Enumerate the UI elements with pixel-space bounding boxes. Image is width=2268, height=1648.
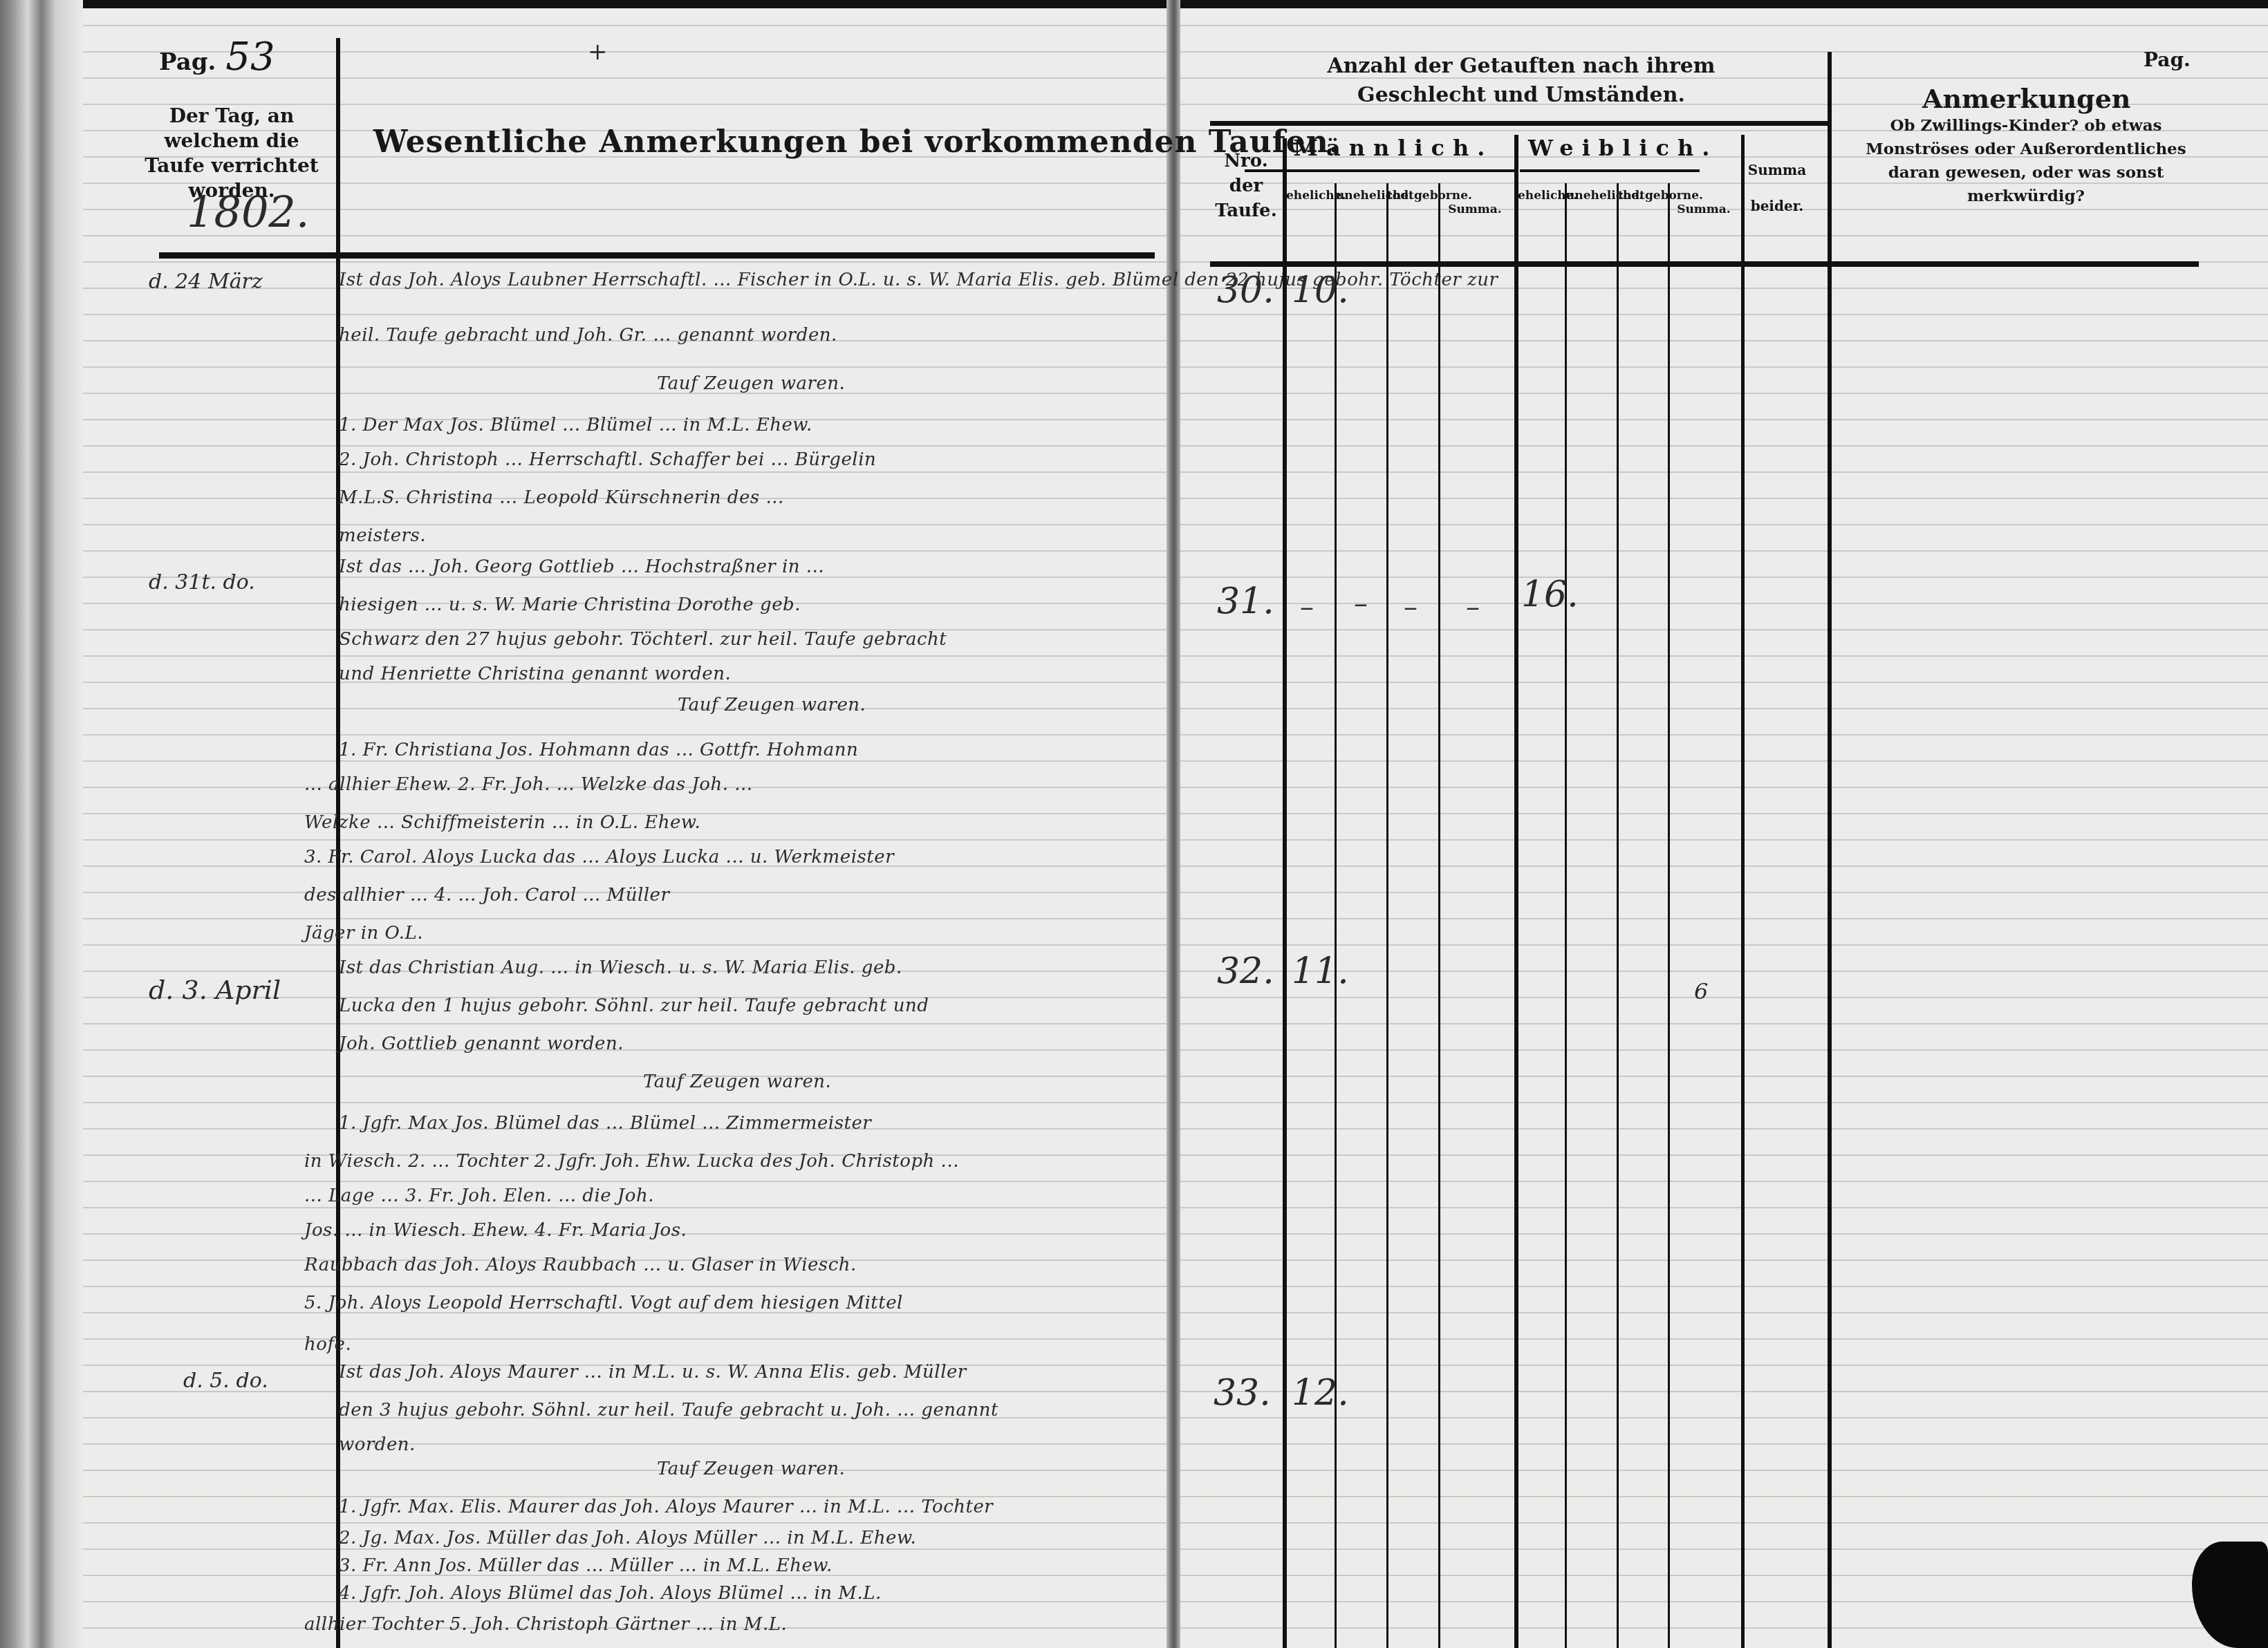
entry-text-line: des allhier ... 4. ... Joh. Carol ... Mü… bbox=[304, 885, 669, 906]
count-header-rule bbox=[1210, 121, 1829, 126]
right-page-label: Pag. bbox=[2144, 48, 2191, 71]
entry-date: d. 5. do. bbox=[183, 1369, 268, 1393]
nro-divider bbox=[1283, 138, 1287, 1648]
page-label: Pag. bbox=[159, 48, 216, 76]
column-divider bbox=[1386, 183, 1388, 1648]
male-header: Männlich. bbox=[1290, 135, 1497, 161]
remarks-subtitle: Ob Zwillings-Kinder? ob etwas Monströses… bbox=[1863, 114, 2188, 208]
female-stillborn-header: todtgeborne. bbox=[1618, 187, 1668, 205]
entry-date: d. 3. April bbox=[149, 975, 281, 1005]
male-sum-header: Summa. bbox=[1438, 200, 1512, 218]
main-column-header: Wesentliche Anmerkungen bei vorkommenden… bbox=[373, 124, 1340, 160]
sum-both-divider bbox=[1741, 135, 1745, 1648]
nro-header: Nro. der Taufe. bbox=[1211, 149, 1281, 223]
entry-text-line: und Henriette Christina genannt worden. bbox=[339, 664, 731, 684]
entry-text-line: Ist das Christian Aug. ... in Wiesch. u.… bbox=[339, 957, 902, 978]
male-legitimate-count: 12. bbox=[1292, 1372, 1349, 1414]
entry-text-line: heil. Taufe gebracht und Joh. Gr. ... ge… bbox=[339, 325, 837, 346]
right-header-rule bbox=[1210, 261, 2199, 267]
entry-text-line: Jäger in O.L. bbox=[304, 923, 423, 944]
column-divider bbox=[1668, 183, 1670, 1648]
witnesses-heading: Tauf Zeugen waren. bbox=[643, 1071, 831, 1092]
baptism-number: 31. bbox=[1217, 581, 1274, 622]
male-legitimate-count: – bbox=[1300, 591, 1314, 623]
column-divider bbox=[1617, 183, 1619, 1648]
entry-text-line: den 3 hujus gebohr. Söhnl. zur heil. Tau… bbox=[339, 1400, 998, 1421]
female-header-rule bbox=[1520, 169, 1700, 172]
entry-text-line: 1. Jgfr. Max. Elis. Maurer das Joh. Aloy… bbox=[339, 1497, 993, 1517]
column-divider bbox=[1335, 183, 1337, 1648]
register-year: 1802. bbox=[187, 187, 310, 237]
entry-text-line: hofe. bbox=[304, 1334, 351, 1355]
male-legitimate-count: 10. bbox=[1292, 270, 1349, 311]
entry-text-line: Lucka den 1 hujus gebohr. Söhnl. zur hei… bbox=[339, 995, 929, 1016]
entry-text-line: 5. Joh. Aloys Leopold Herrschaftl. Vogt … bbox=[304, 1293, 903, 1313]
baptism-number: 33. bbox=[1214, 1372, 1271, 1414]
female-illegitimate-header: uneheliche. bbox=[1566, 187, 1616, 205]
column-divider bbox=[1438, 183, 1440, 1648]
entry-text-line: Ist das Joh. Aloys Maurer ... in M.L. u.… bbox=[339, 1362, 967, 1383]
male-legitimate-header: eheliche. bbox=[1286, 187, 1335, 205]
top-mark: + bbox=[588, 38, 608, 66]
male-legitimate-count: 11. bbox=[1292, 951, 1349, 992]
left-header-rule bbox=[159, 252, 1155, 259]
entry-text-line: ... Lage ... 3. Fr. Joh. Elen. ... die J… bbox=[304, 1186, 654, 1206]
female-sum-header: Summa. bbox=[1669, 200, 1738, 218]
sum-both-header: Summa beider. bbox=[1742, 152, 1812, 224]
entry-date: d. 24 März bbox=[149, 270, 263, 294]
register-spread: Pag.53 + Der Tag, an welchem die Taufe v… bbox=[0, 0, 2268, 1648]
entry-text-line: 2. Jg. Max. Jos. Müller das Joh. Aloys M… bbox=[339, 1528, 916, 1548]
entry-text-line: 1. Jgfr. Max Jos. Blümel das ... Blümel … bbox=[339, 1113, 871, 1134]
entry-text-line: Jos. ... in Wiesch. Ehew. 4. Fr. Maria J… bbox=[304, 1220, 687, 1241]
entry-text-line: Schwarz den 27 hujus gebohr. Töchterl. z… bbox=[339, 629, 947, 650]
female-legitimate-header: eheliche. bbox=[1518, 187, 1565, 205]
entry-text-line: allhier Tochter 5. Joh. Christoph Gärtne… bbox=[304, 1614, 787, 1635]
entry-text-line: meisters. bbox=[339, 525, 426, 546]
count-header: Anzahl der Getauften nach ihrem Geschlec… bbox=[1272, 52, 1770, 110]
remarks-divider bbox=[1828, 52, 1832, 1648]
male-stillborn-header: todtgeborne. bbox=[1387, 187, 1437, 205]
margin-note: 6 bbox=[1694, 978, 1708, 1004]
male-stillborn-count: – bbox=[1404, 591, 1417, 623]
entry-text-line: Joh. Gottlieb genannt worden. bbox=[339, 1033, 624, 1054]
entry-text-line: Welzke ... Schiffmeisterin ... in O.L. E… bbox=[304, 812, 700, 833]
column-divider bbox=[1565, 183, 1567, 1648]
entry-text-line: worden. bbox=[339, 1434, 416, 1455]
female-header: Weiblich. bbox=[1528, 135, 1694, 161]
left-page-number: Pag.53 bbox=[159, 35, 275, 79]
entry-text-line: ... allhier Ehew. 2. Fr. Joh. ... Welzke… bbox=[304, 774, 753, 795]
entry-text-line: 1. Der Max Jos. Blümel ... Blümel ... in… bbox=[339, 415, 812, 436]
male-illegitimate-header: uneheliche. bbox=[1336, 187, 1386, 205]
entry-text-line: in Wiesch. 2. ... Tochter 2. Jgfr. Joh. … bbox=[304, 1151, 959, 1172]
page-number: 53 bbox=[225, 35, 275, 79]
baptism-number: 32. bbox=[1217, 951, 1274, 992]
entry-text-line: 2. Joh. Christoph ... Herrschaftl. Schaf… bbox=[339, 449, 876, 470]
female-legitimate-count: 16. bbox=[1521, 574, 1579, 615]
witnesses-heading: Tauf Zeugen waren. bbox=[657, 1459, 845, 1479]
entry-text-line: Ist das ... Joh. Georg Gottlieb ... Hoch… bbox=[339, 556, 824, 577]
entry-text-line: 3. Fr. Carol. Aloys Lucka das ... Aloys … bbox=[304, 847, 894, 868]
male-illegitimate-count: – bbox=[1354, 588, 1368, 619]
baptism-number: 30. bbox=[1217, 270, 1274, 311]
witnesses-heading: Tauf Zeugen waren. bbox=[657, 373, 845, 394]
entry-text-line: M.L.S. Christina ... Leopold Kürschnerin… bbox=[339, 487, 784, 508]
male-sum: – bbox=[1466, 591, 1480, 623]
remarks-title: Anmerkungen bbox=[1922, 83, 2130, 114]
witnesses-heading: Tauf Zeugen waren. bbox=[678, 695, 866, 715]
entry-text-line: 4. Jgfr. Joh. Aloys Blümel das Joh. Aloy… bbox=[339, 1583, 882, 1604]
book-binding-left bbox=[0, 0, 83, 1648]
entry-text-line: 1. Fr. Christiana Jos. Hohmann das ... G… bbox=[339, 740, 858, 760]
male-header-rule bbox=[1286, 169, 1514, 172]
center-gutter bbox=[1166, 0, 1180, 1648]
entry-text-line: hiesigen ... u. s. W. Marie Christina Do… bbox=[339, 594, 801, 615]
entry-text-line: 3. Fr. Ann Jos. Müller das ... Müller ..… bbox=[339, 1555, 833, 1576]
sex-divider bbox=[1514, 135, 1518, 1648]
entry-text-line: Raubbach das Joh. Aloys Raubbach ... u. … bbox=[304, 1255, 857, 1275]
entry-date: d. 31t. do. bbox=[149, 570, 255, 594]
